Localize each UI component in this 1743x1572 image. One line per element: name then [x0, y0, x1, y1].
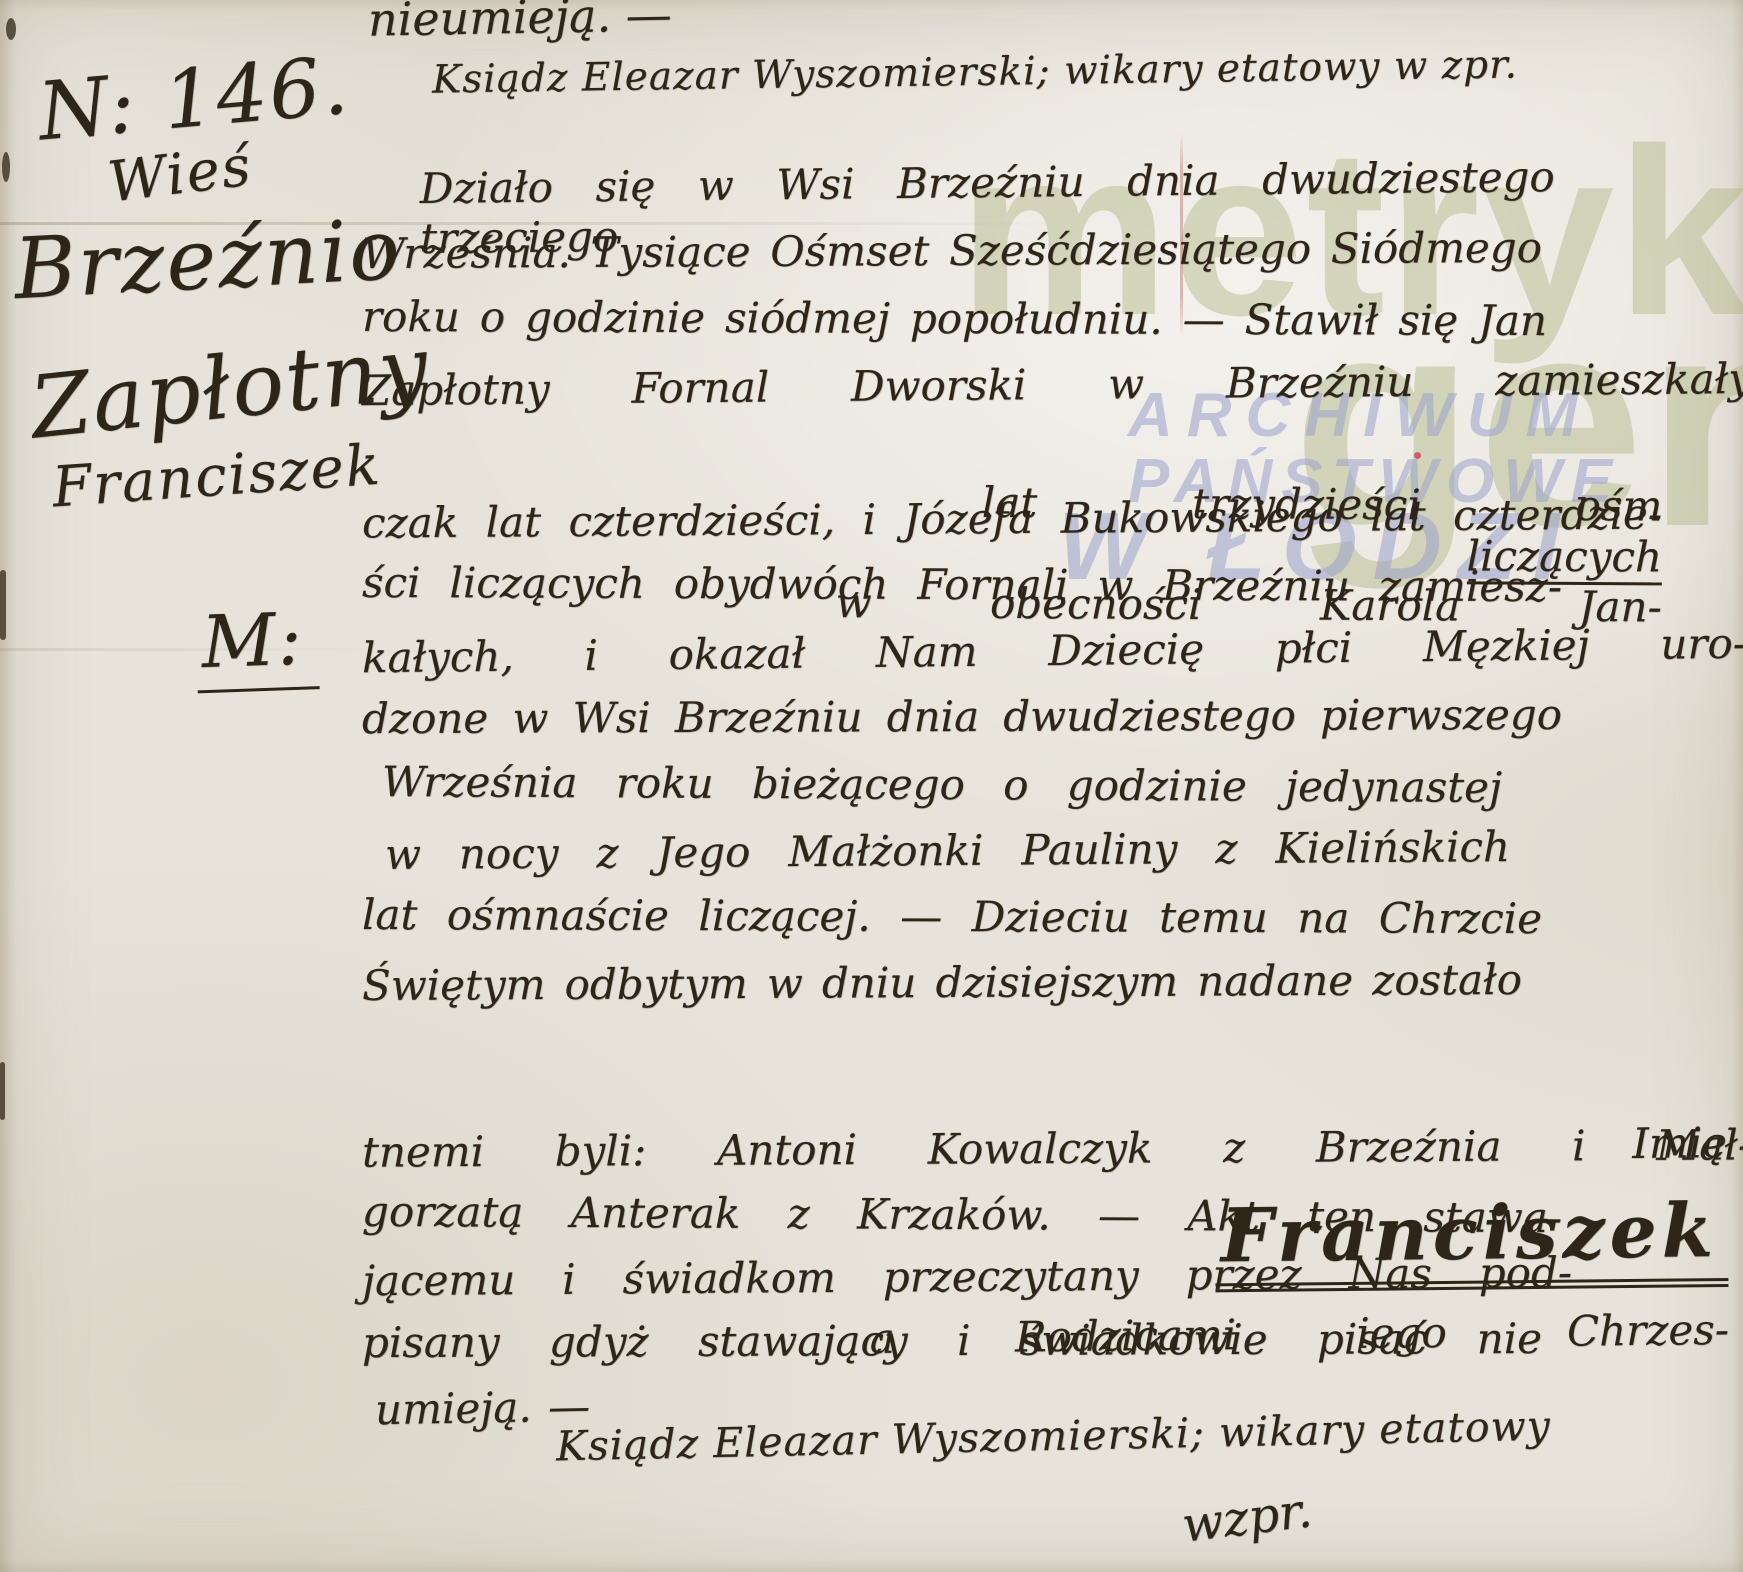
body-line: ści liczących obydwóch Fornali w Brzeźni… [362, 558, 1562, 613]
body-line: czak lat czterdzieści, i Józefa Bukowski… [362, 489, 1662, 548]
body-line: jącemu i świadkom przeczytany przez Nas … [362, 1248, 1572, 1307]
officiant-signature-top: Ksiądz Eleazar Wyszomierski; wikary etat… [432, 42, 1518, 102]
ink-speck [6, 18, 16, 40]
body-line: lat ośmnaście liczącej. — Dzieciu temu n… [362, 890, 1542, 945]
document-scan: metryki gen ARCHIWUM PAŃSTWOWE W ŁODZI n… [0, 0, 1743, 1572]
gender-mark-text: M: [194, 596, 319, 693]
body-line: Świętym odbytym w dniu dzisiejszym nadan… [362, 955, 1522, 1011]
body-line: Września roku bieżącego o godzinie jedyn… [382, 757, 1502, 813]
gutter-ink-mark [0, 1062, 5, 1120]
ink-speck [2, 152, 10, 182]
body-line: w nocy z Jego Małżonki Pauliny z Kielińs… [385, 822, 1510, 880]
body-line: roku o godzinie siódmej popołudniu. — St… [362, 292, 1547, 347]
signature-place-abbreviation: wzpr. [1179, 1482, 1315, 1553]
village-name: Brzeźnio [12, 200, 404, 318]
body-line: dzone w Wsi Brzeźniu dnia dwudziestego p… [362, 690, 1562, 745]
body-line: Września. Tysiące Ośmset Sześćdziesiąteg… [362, 223, 1542, 280]
gutter-ink-mark [0, 570, 6, 640]
previous-record-ending: nieumieją. — [368, 0, 673, 47]
body-line: tnemi byli: Antoni Kowalczyk z Brzeźnia … [362, 1120, 1743, 1178]
body-line: pisany gdyż stawający i świadkowie pisać… [362, 1314, 1542, 1369]
body-line: gorzatą Anterak z Krzaków. — Akt ten sta… [362, 1187, 1562, 1244]
gender-mark: M: [92, 512, 322, 772]
